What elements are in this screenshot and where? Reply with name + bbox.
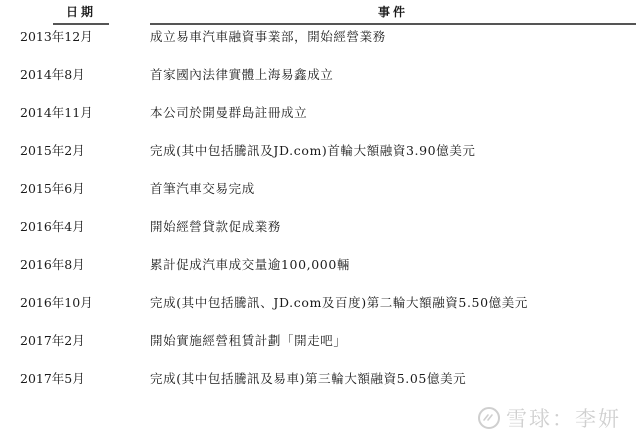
row-event: 本公司於開曼群島註冊成立 bbox=[150, 103, 307, 123]
table-row: 2016年10月 完成(其中包括騰訊、JD.com及百度)第二輪大額融資5.50… bbox=[0, 293, 636, 313]
row-event: 累計促成汽車成交量逾100,000輛 bbox=[150, 255, 350, 275]
row-date: 2015年6月 bbox=[20, 179, 85, 199]
row-date: 2013年12月 bbox=[20, 27, 93, 47]
row-date: 2016年8月 bbox=[20, 255, 85, 275]
watermark: 雪球：李妍 bbox=[478, 404, 621, 432]
row-date: 2016年4月 bbox=[20, 217, 85, 237]
table-row: 2017年5月 完成(其中包括騰訊及易車)第三輪大額融資5.05億美元 bbox=[0, 369, 636, 389]
table-row: 2016年8月 累計促成汽車成交量逾100,000輛 bbox=[0, 255, 636, 275]
row-date: 2017年5月 bbox=[20, 369, 85, 389]
row-event: 首筆汽車交易完成 bbox=[150, 179, 255, 199]
row-date: 2017年2月 bbox=[20, 331, 85, 351]
watermark-text: 雪球：李妍 bbox=[506, 403, 621, 433]
row-event: 成立易車汽車融資事業部，開始經營業務 bbox=[150, 27, 386, 47]
row-event: 開始實施經營租賃計劃「開走吧」 bbox=[150, 331, 347, 351]
table-row: 2014年8月 首家國內法律實體上海易鑫成立 bbox=[0, 65, 636, 85]
table-row: 2015年2月 完成(其中包括騰訊及JD.com)首輪大額融資3.90億美元 bbox=[0, 141, 636, 161]
table-row: 2016年4月 開始經營貸款促成業務 bbox=[0, 217, 636, 237]
column-header-event: 事件 bbox=[150, 3, 636, 25]
row-event: 開始經營貸款促成業務 bbox=[150, 217, 281, 237]
row-event: 完成(其中包括騰訊及JD.com)首輪大額融資3.90億美元 bbox=[150, 141, 476, 161]
row-event: 首家國內法律實體上海易鑫成立 bbox=[150, 65, 333, 85]
row-event: 完成(其中包括騰訊及易車)第三輪大額融資5.05億美元 bbox=[150, 369, 466, 389]
row-event: 完成(其中包括騰訊、JD.com及百度)第二輪大額融資5.50億美元 bbox=[150, 293, 528, 313]
row-date: 2014年11月 bbox=[20, 103, 93, 123]
table-row: 2017年2月 開始實施經營租賃計劃「開走吧」 bbox=[0, 331, 636, 351]
table-header: 日期 事件 bbox=[0, 0, 636, 24]
row-date: 2016年10月 bbox=[20, 293, 93, 313]
table-row: 2013年12月 成立易車汽車融資事業部，開始經營業務 bbox=[0, 27, 636, 47]
snowball-logo-icon bbox=[478, 407, 500, 429]
table-row: 2014年11月 本公司於開曼群島註冊成立 bbox=[0, 103, 636, 123]
row-date: 2015年2月 bbox=[20, 141, 85, 161]
row-date: 2014年8月 bbox=[20, 65, 85, 85]
column-header-date: 日期 bbox=[53, 3, 109, 25]
table-row: 2015年6月 首筆汽車交易完成 bbox=[0, 179, 636, 199]
